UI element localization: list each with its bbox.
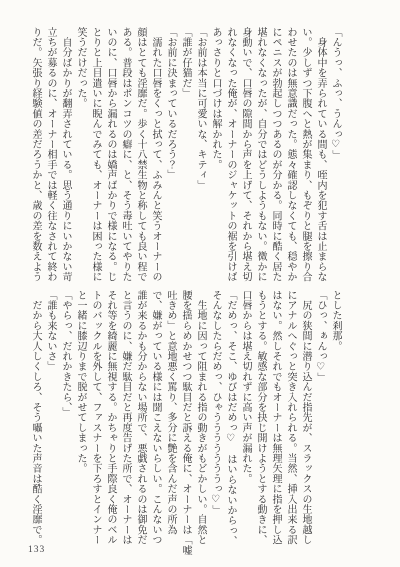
text-line: 「誰も来ないさ」 <box>43 290 58 542</box>
text-line: トのバックルを外して、ファスナーを下ろすとインナー <box>88 290 103 542</box>
text-line: れなくなった俺が、オーナーのジャケットの裾を引けば <box>223 27 238 279</box>
text-line: 立ちが募るのに、オーナー相手では軽く往なされて終わ <box>43 27 58 279</box>
page-number: 133 <box>28 545 45 555</box>
text-line: もうとする。敏感な部分を抉じ開けようとする動きに、 <box>253 290 268 542</box>
text-line: 堪れなくなったが、自分ではどうしようもない。微かに <box>253 27 268 279</box>
text-line: ある。普段はポンコツの癖に、と、そう毒吐いてやりた <box>118 27 133 279</box>
text-line: で、嫌がっている様には聞こえないらしい。こんないつ <box>148 290 163 542</box>
text-line: 誰が来るかも分からない場所で、悪戯されるのは御免だ <box>133 290 148 542</box>
text-line: 笑うだけだった。 <box>73 27 88 279</box>
text-line: 濡れた口唇をくっと拭って、ふみんと笑うオーナーの <box>148 27 163 279</box>
text-line: りだ。矢張り経験値の差だろうかと、歳の差を数えよう <box>28 27 43 279</box>
text-line: 尻の狭間に潜り込んだ指先が、スラックスの生地越し <box>298 290 313 542</box>
text-line: はない。然しそれでもオーナーは無理矢理に指を押し込 <box>268 290 283 542</box>
text-line: い。少しずつ下腹へと熱が集まり、もぞりと腿を擦り合 <box>298 27 313 279</box>
text-line: 「やらっ、だれかきたら、」 <box>58 290 73 542</box>
text-line: と言うのに、嫌だ駄目だと再度告げた所で、オーナーは <box>118 290 133 542</box>
text-line: 「お前は本当に可愛いな、キティ」 <box>193 27 208 279</box>
text-line: 腰を揺らめかせつつ駄目だと訴える俺に、オーナーは「嘘 <box>178 290 193 542</box>
text-line: 自分ばかりが翻弄されている。思う通りにいかない苛 <box>58 27 73 279</box>
text-line: それ等を綺麗に無視する。かちゃりと手際良く俺のベル <box>103 290 118 542</box>
text-line: だから大人しくしろ、そう囁いた声音は酷く淫靡で。 <box>28 290 43 542</box>
text-line: 口唇からは堪え切れずに高い声が漏れた。 <box>238 290 253 542</box>
text-line: わせたのは無意識だった。態々確認しなくても、穏やか <box>283 27 298 279</box>
text-line: 「お前に決まっているだろう？」 <box>163 27 178 279</box>
text-line: と一緒に膝辺りまで脱がせてしまった。 <box>73 290 88 542</box>
text-line: とりと上目遣いに睨んでみても、オーナーは困った様に <box>88 27 103 279</box>
text-block-upper: 「んうっ、ふっ、うんっ♡」 身体中を弄られている間も、咥内を犯す舌は止まらない。… <box>28 27 343 279</box>
text-line: にアナルへぐっと突き入れられる。当然、挿入出来る訳 <box>283 290 298 542</box>
text-line: 身動いで、口唇の隙間から声を上げて、それから堪え切 <box>238 27 253 279</box>
text-line: 顔はとても淫靡だ。歩く十八禁生物と称しても良い程で <box>133 27 148 279</box>
text-line: いのに、口唇から漏れるのは嬌声ばかりで様になる。じ <box>103 27 118 279</box>
text-line: 「だめっ、そこ、ゆびはだめっ♡ はいらないからっ、 <box>223 290 238 542</box>
text-line: とした刹那。 <box>328 290 343 542</box>
text-line: 吐きめ」と意地悪く罵り、多分に艶を含んだ声の所為 <box>163 290 178 542</box>
text-line: 「誰が仔猫だ」 <box>178 27 193 279</box>
text-block-lower: とした刹那。「ひっ、ぁんっ♡」 尻の狭間に潜り込んだ指先が、スラックスの生地越し… <box>28 290 343 542</box>
text-line: そんなしたらだめっ、ひゃうううううううっ♡」 <box>208 290 223 542</box>
text-line: 「ひっ、ぁんっ♡」 <box>313 290 328 542</box>
text-line: あっさりと口づけは解かれた。 <box>208 27 223 279</box>
text-line: 身体中を弄られている間も、咥内を犯す舌は止まらな <box>313 27 328 279</box>
text-line: にペニスが勃起しつつあるのが分かる。同時に酷く居た <box>268 27 283 279</box>
text-line: 生地に因って阻まれる指の動きがもどかしい。自然と <box>193 290 208 542</box>
text-line: 「んうっ、ふっ、うんっ♡」 <box>328 27 343 279</box>
book-page: 「んうっ、ふっ、うんっ♡」 身体中を弄られている間も、咥内を犯す舌は止まらない。… <box>0 0 400 567</box>
